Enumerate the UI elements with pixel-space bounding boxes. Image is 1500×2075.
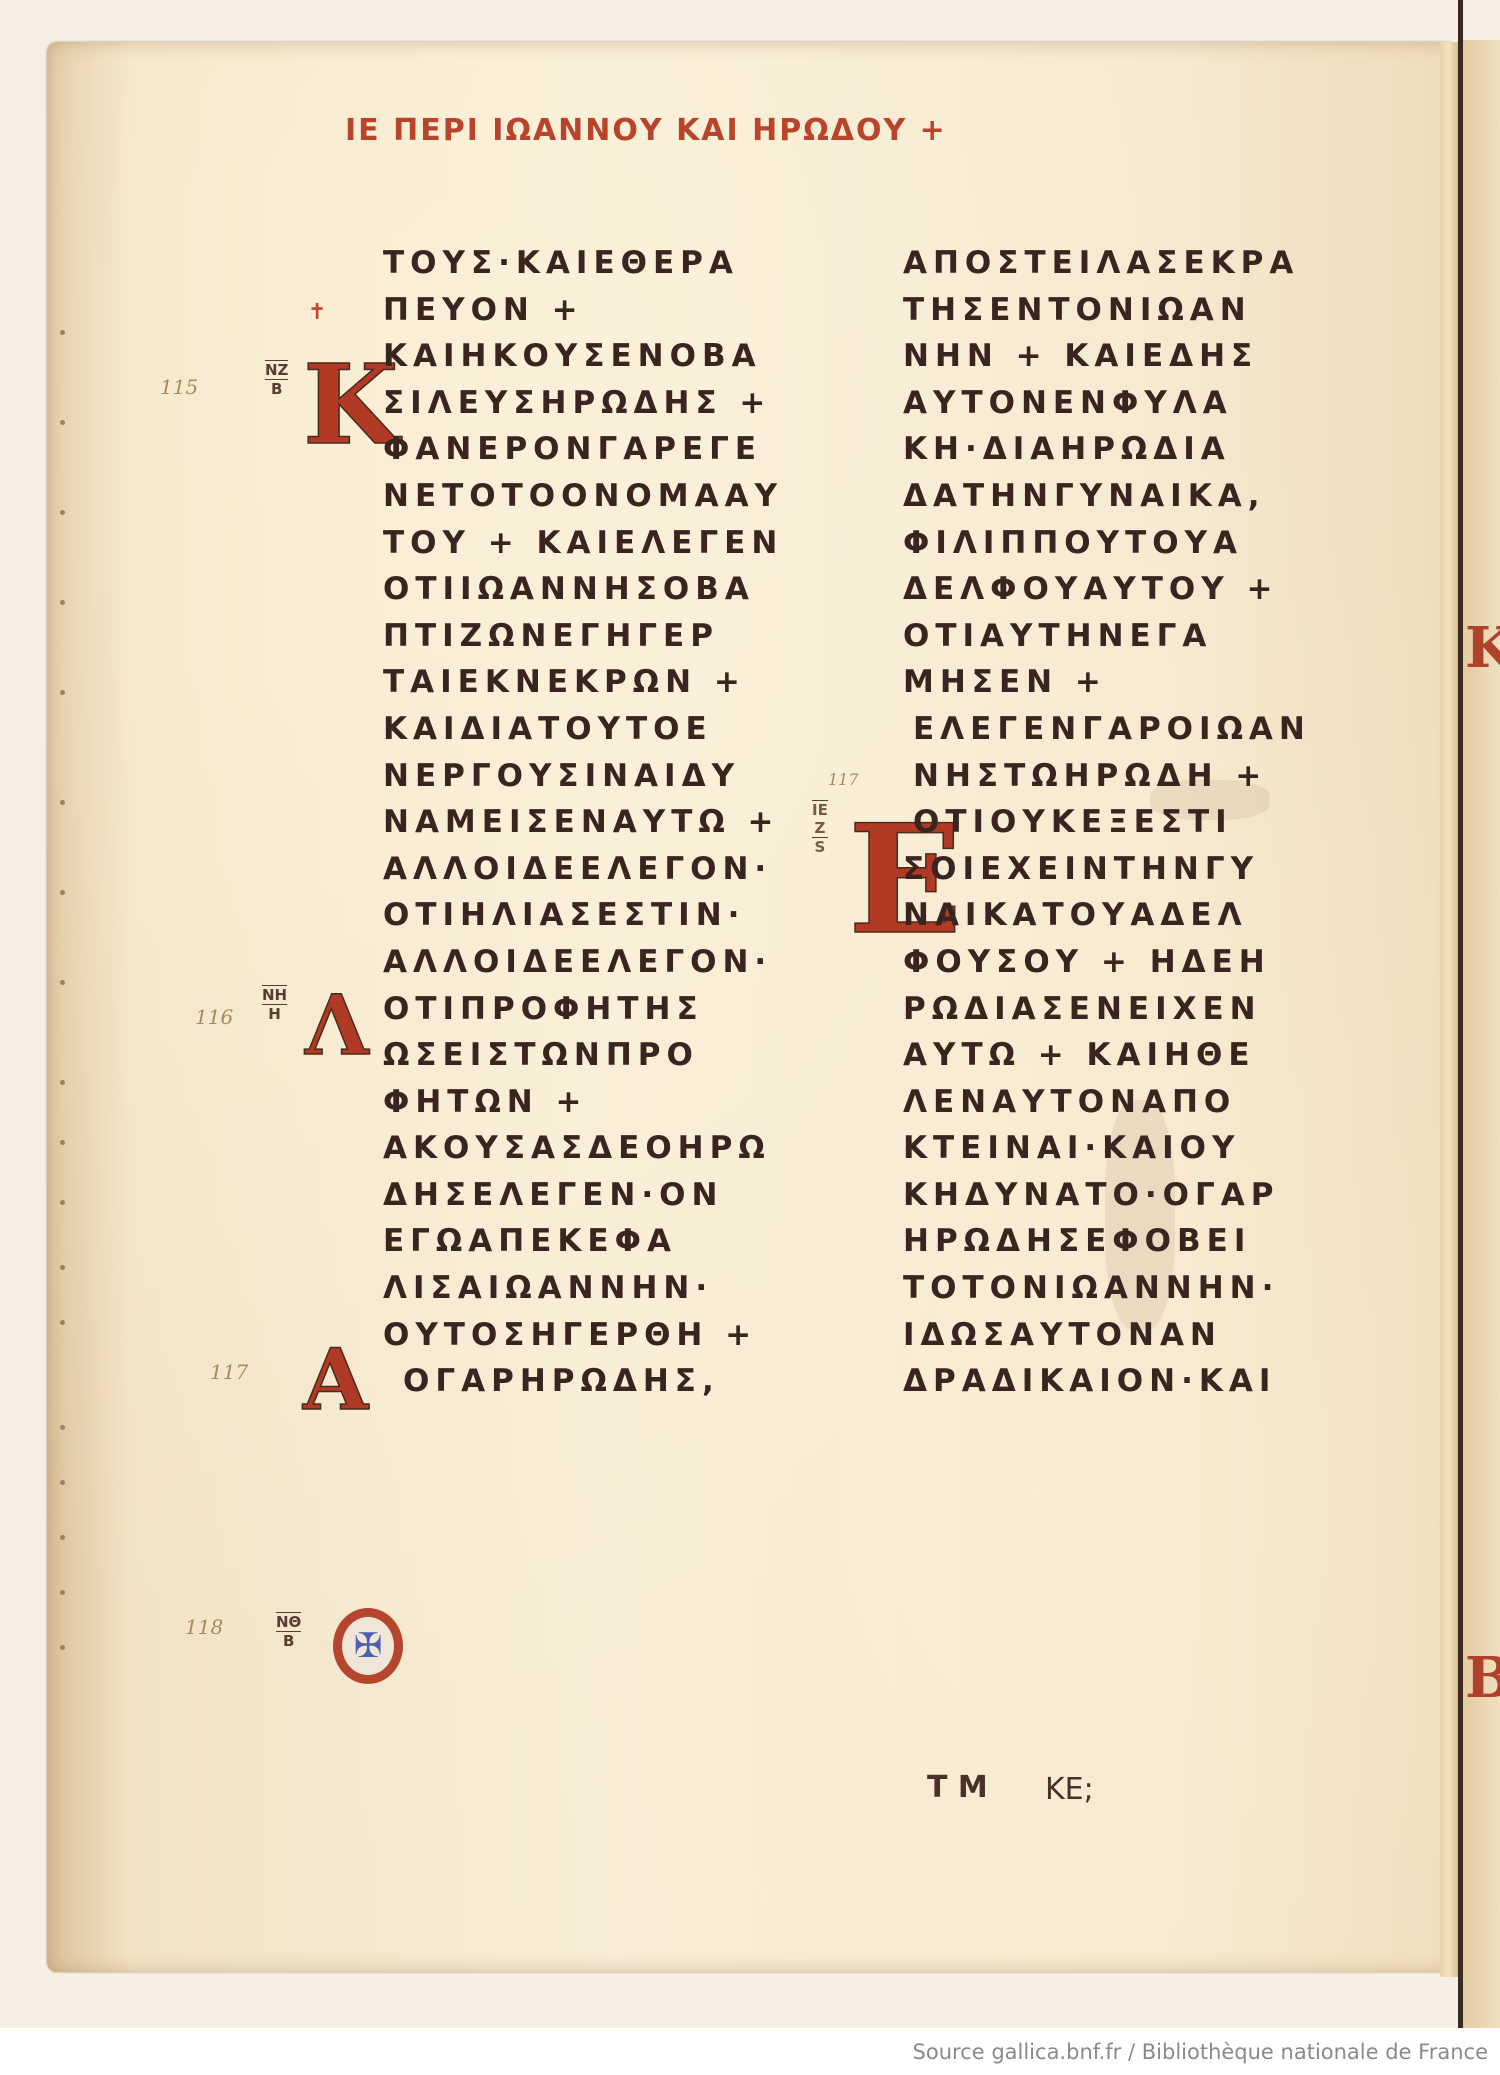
canon-number: Β — [276, 1632, 301, 1650]
section-mark-nz: ΝΖ Β — [265, 360, 288, 398]
next-folio-edge: Κ Β — [1463, 40, 1500, 2028]
decorated-initial-alpha: Α — [303, 1338, 368, 1422]
text-line: ΕΛΕΓΕΝΓΑΡΟΙΩΑΝ — [903, 706, 1311, 753]
text-line: ΔΑΤΗΝΓΥΝΑΙΚΑ, — [903, 473, 1311, 520]
text-line: ΠΕΥΟΝ + — [383, 287, 783, 334]
text-column-left: ΤΟΥΣ·ΚΑΙΕΘΕΡΑ ΠΕΥΟΝ + ΚΑΙΗΚΟΥΣΕΝΟΒΑ ΣΙΛΕ… — [383, 240, 783, 1405]
prick-mark — [60, 800, 65, 805]
prick-mark — [60, 1080, 65, 1085]
prick-mark — [60, 980, 65, 985]
text-line: ΚΑΙΔΙΑΤΟΥΤΟΕ — [383, 706, 783, 753]
prick-mark — [60, 510, 65, 515]
text-line: ΑΚΟΥΣΑΣΔΕΟΗΡΩ — [383, 1125, 783, 1172]
text-line: ΟΓΑΡΗΡΩΔΗΣ, — [383, 1358, 783, 1405]
canon-number: S — [812, 838, 828, 856]
folio-gutter — [1440, 42, 1458, 1977]
prick-mark — [60, 1590, 65, 1595]
next-page-initial-b: Β — [1465, 1645, 1500, 1711]
text-line: ΝΑΙΚΑΤΟΥΑΔΕΛ — [903, 892, 1311, 939]
text-line: ΙΔΩΣΑΥΤΟΝΑΝ — [903, 1312, 1311, 1359]
text-line: ΝΕΡΓΟΥΣΙΝΑΙΔΥ — [383, 753, 783, 800]
text-line: ΦΙΛΙΠΠΟΥΤΟΥΑ — [903, 520, 1311, 567]
text-line: ΟΤΙΙΩΑΝΝΗΣΟΒΑ — [383, 566, 783, 613]
text-line: ΛΕΝΑΥΤΟΝΑΠΟ — [903, 1079, 1311, 1126]
prick-mark — [60, 1425, 65, 1430]
prick-mark — [60, 890, 65, 895]
section-number: ΝΗ — [262, 986, 287, 1004]
source-attribution: Source gallica.bnf.fr / Bibliothèque nat… — [913, 2040, 1488, 2064]
section-number: Ζ — [812, 819, 828, 837]
next-page-initial-k: Κ — [1465, 615, 1500, 681]
prick-mark — [60, 1200, 65, 1205]
prick-mark — [60, 1140, 65, 1145]
quire-number: ΚΕ; — [1045, 1772, 1094, 1807]
text-line: ΝΗΝ + ΚΑΙΕΔΗΣ — [903, 333, 1311, 380]
text-line: ΩΣΕΙΣΤΩΝΠΡΟ — [383, 1032, 783, 1079]
section-mark-nh: ΝΗ Η — [262, 985, 287, 1023]
section-mark-ntheta: ΝΘ Β — [276, 1612, 301, 1650]
text-line: ΚΤΕΙΝΑΙ·ΚΑΙΟΥ — [903, 1125, 1311, 1172]
prick-mark — [60, 1480, 65, 1485]
text-line: ΟΥΤΟΣΗΓΕΡΘΗ + — [383, 1312, 783, 1359]
text-line: ΤΑΙΕΚΝΕΚΡΩΝ + — [383, 659, 783, 706]
prick-mark — [60, 1265, 65, 1270]
text-line: ΚΗΔΥΝΑΤΟ·ΟΓΑΡ — [903, 1172, 1311, 1219]
rubric-chapter-title: ΙΕ ΠΕΡΙ ΙΩΑΝΝΟΥ ΚΑΙ ΗΡΩΔΟΥ + — [345, 113, 947, 148]
prick-mark — [60, 1535, 65, 1540]
section-mark-ie: ΙΕ Ζ S — [812, 800, 828, 856]
text-line: ΑΛΛΟΙΔΕΕΛΕΓΟΝ· — [383, 846, 783, 893]
canon-number: Β — [265, 380, 288, 398]
prick-mark — [60, 330, 65, 335]
section-number: ΝΖ — [265, 361, 288, 379]
text-line: ΑΥΤΩ + ΚΑΙΗΘΕ — [903, 1032, 1311, 1079]
margin-number: 118 — [185, 1615, 223, 1639]
text-line: ΕΓΩΑΠΕΚΕΦΑ — [383, 1218, 783, 1265]
text-line: ΚΗ·ΔΙΑΗΡΩΔΙΑ — [903, 426, 1311, 473]
prick-mark — [60, 1645, 65, 1650]
text-line: ΗΡΩΔΗΣΕΦΟΒΕΙ — [903, 1218, 1311, 1265]
text-line: ΝΗΣΤΩΗΡΩΔΗ + — [903, 753, 1311, 800]
margin-number: 117 — [828, 770, 859, 789]
text-line: ΤΟΥΣ·ΚΑΙΕΘΕΡΑ — [383, 240, 783, 287]
text-line: ΤΟΥ + ΚΑΙΕΛΕΓΕΝ — [383, 520, 783, 567]
text-line: ΦΟΥΣΟΥ + ΗΔΕΗ — [903, 939, 1311, 986]
margin-number: 117 — [210, 1360, 248, 1384]
text-line: ΝΑΜΕΙΣΕΝΑΥΤΩ + — [383, 799, 783, 846]
quire-signature: Τ Μ — [927, 1770, 988, 1805]
prick-mark — [60, 600, 65, 605]
prick-mark — [60, 690, 65, 695]
text-line: ΚΑΙΗΚΟΥΣΕΝΟΒΑ — [383, 333, 783, 380]
section-number: ΝΘ — [276, 1613, 301, 1631]
text-line: ΑΛΛΟΙΔΕΕΛΕΓΟΝ· — [383, 939, 783, 986]
text-line: ΑΠΟΣΤΕΙΛΑΣΕΚΡΑ — [903, 240, 1311, 287]
margin-number: 115 — [160, 375, 198, 399]
canon-number: Η — [262, 1005, 287, 1023]
text-line: ΟΤΙΑΥΤΗΝΕΓΑ — [903, 613, 1311, 660]
text-line: ΦΗΤΩΝ + — [383, 1079, 783, 1126]
rubric-cross-icon: ✝ — [308, 300, 326, 325]
prick-mark — [60, 1320, 65, 1325]
text-line: ΑΥΤΟΝΕΝΦΥΛΑ — [903, 380, 1311, 427]
text-column-right: ΑΠΟΣΤΕΙΛΑΣΕΚΡΑ ΤΗΣΕΝΤΟΝΙΩΑΝ ΝΗΝ + ΚΑΙΕΔΗ… — [903, 240, 1311, 1405]
text-line: ΤΟΤΟΝΙΩΑΝΝΗΝ· — [903, 1265, 1311, 1312]
text-line: ΟΤΙΠΡΟΦΗΤΗΣ — [383, 986, 783, 1033]
text-line: ΔΗΣΕΛΕΓΕΝ·ΟΝ — [383, 1172, 783, 1219]
text-line: ΔΕΛΦΟΥΑΥΤΟΥ + — [903, 566, 1311, 613]
text-line: ΣΟΙΕΧΕΙΝΤΗΝΓΥ — [903, 846, 1311, 893]
text-line: ΝΕΤΟΤΟΟΝΟΜΑΑΥ — [383, 473, 783, 520]
section-number: ΙΕ — [812, 801, 828, 819]
text-line: ΔΡΑΔΙΚΑΙΟΝ·ΚΑΙ — [903, 1358, 1311, 1405]
text-line: ΟΤΙΟΥΚΕΞΕΣΤΙ — [903, 799, 1311, 846]
text-line: ΡΩΔΙΑΣΕΝΕΙΧΕΝ — [903, 986, 1311, 1033]
text-line: ΠΤΙΖΩΝΕΓΗΓΕΡ — [383, 613, 783, 660]
cross-ornament-icon: ✠ — [354, 1626, 383, 1666]
text-line: ΦΑΝΕΡΟΝΓΑΡΕΓΕ — [383, 426, 783, 473]
margin-number: 116 — [195, 1005, 233, 1029]
book-spine — [1458, 0, 1463, 2028]
prick-mark — [60, 420, 65, 425]
decorated-initial-lambda: Λ — [305, 985, 369, 1067]
text-line: ΤΗΣΕΝΤΟΝΙΩΑΝ — [903, 287, 1311, 334]
text-line: ΛΙΣΑΙΩΑΝΝΗΝ· — [383, 1265, 783, 1312]
decorated-initial-omicron: ✠ — [333, 1608, 403, 1684]
text-line: ΜΗΣΕΝ + — [903, 659, 1311, 706]
text-line: ΟΤΙΗΛΙΑΣΕΣΤΙΝ· — [383, 892, 783, 939]
text-line: ΣΙΛΕΥΣΗΡΩΔΗΣ + — [383, 380, 783, 427]
